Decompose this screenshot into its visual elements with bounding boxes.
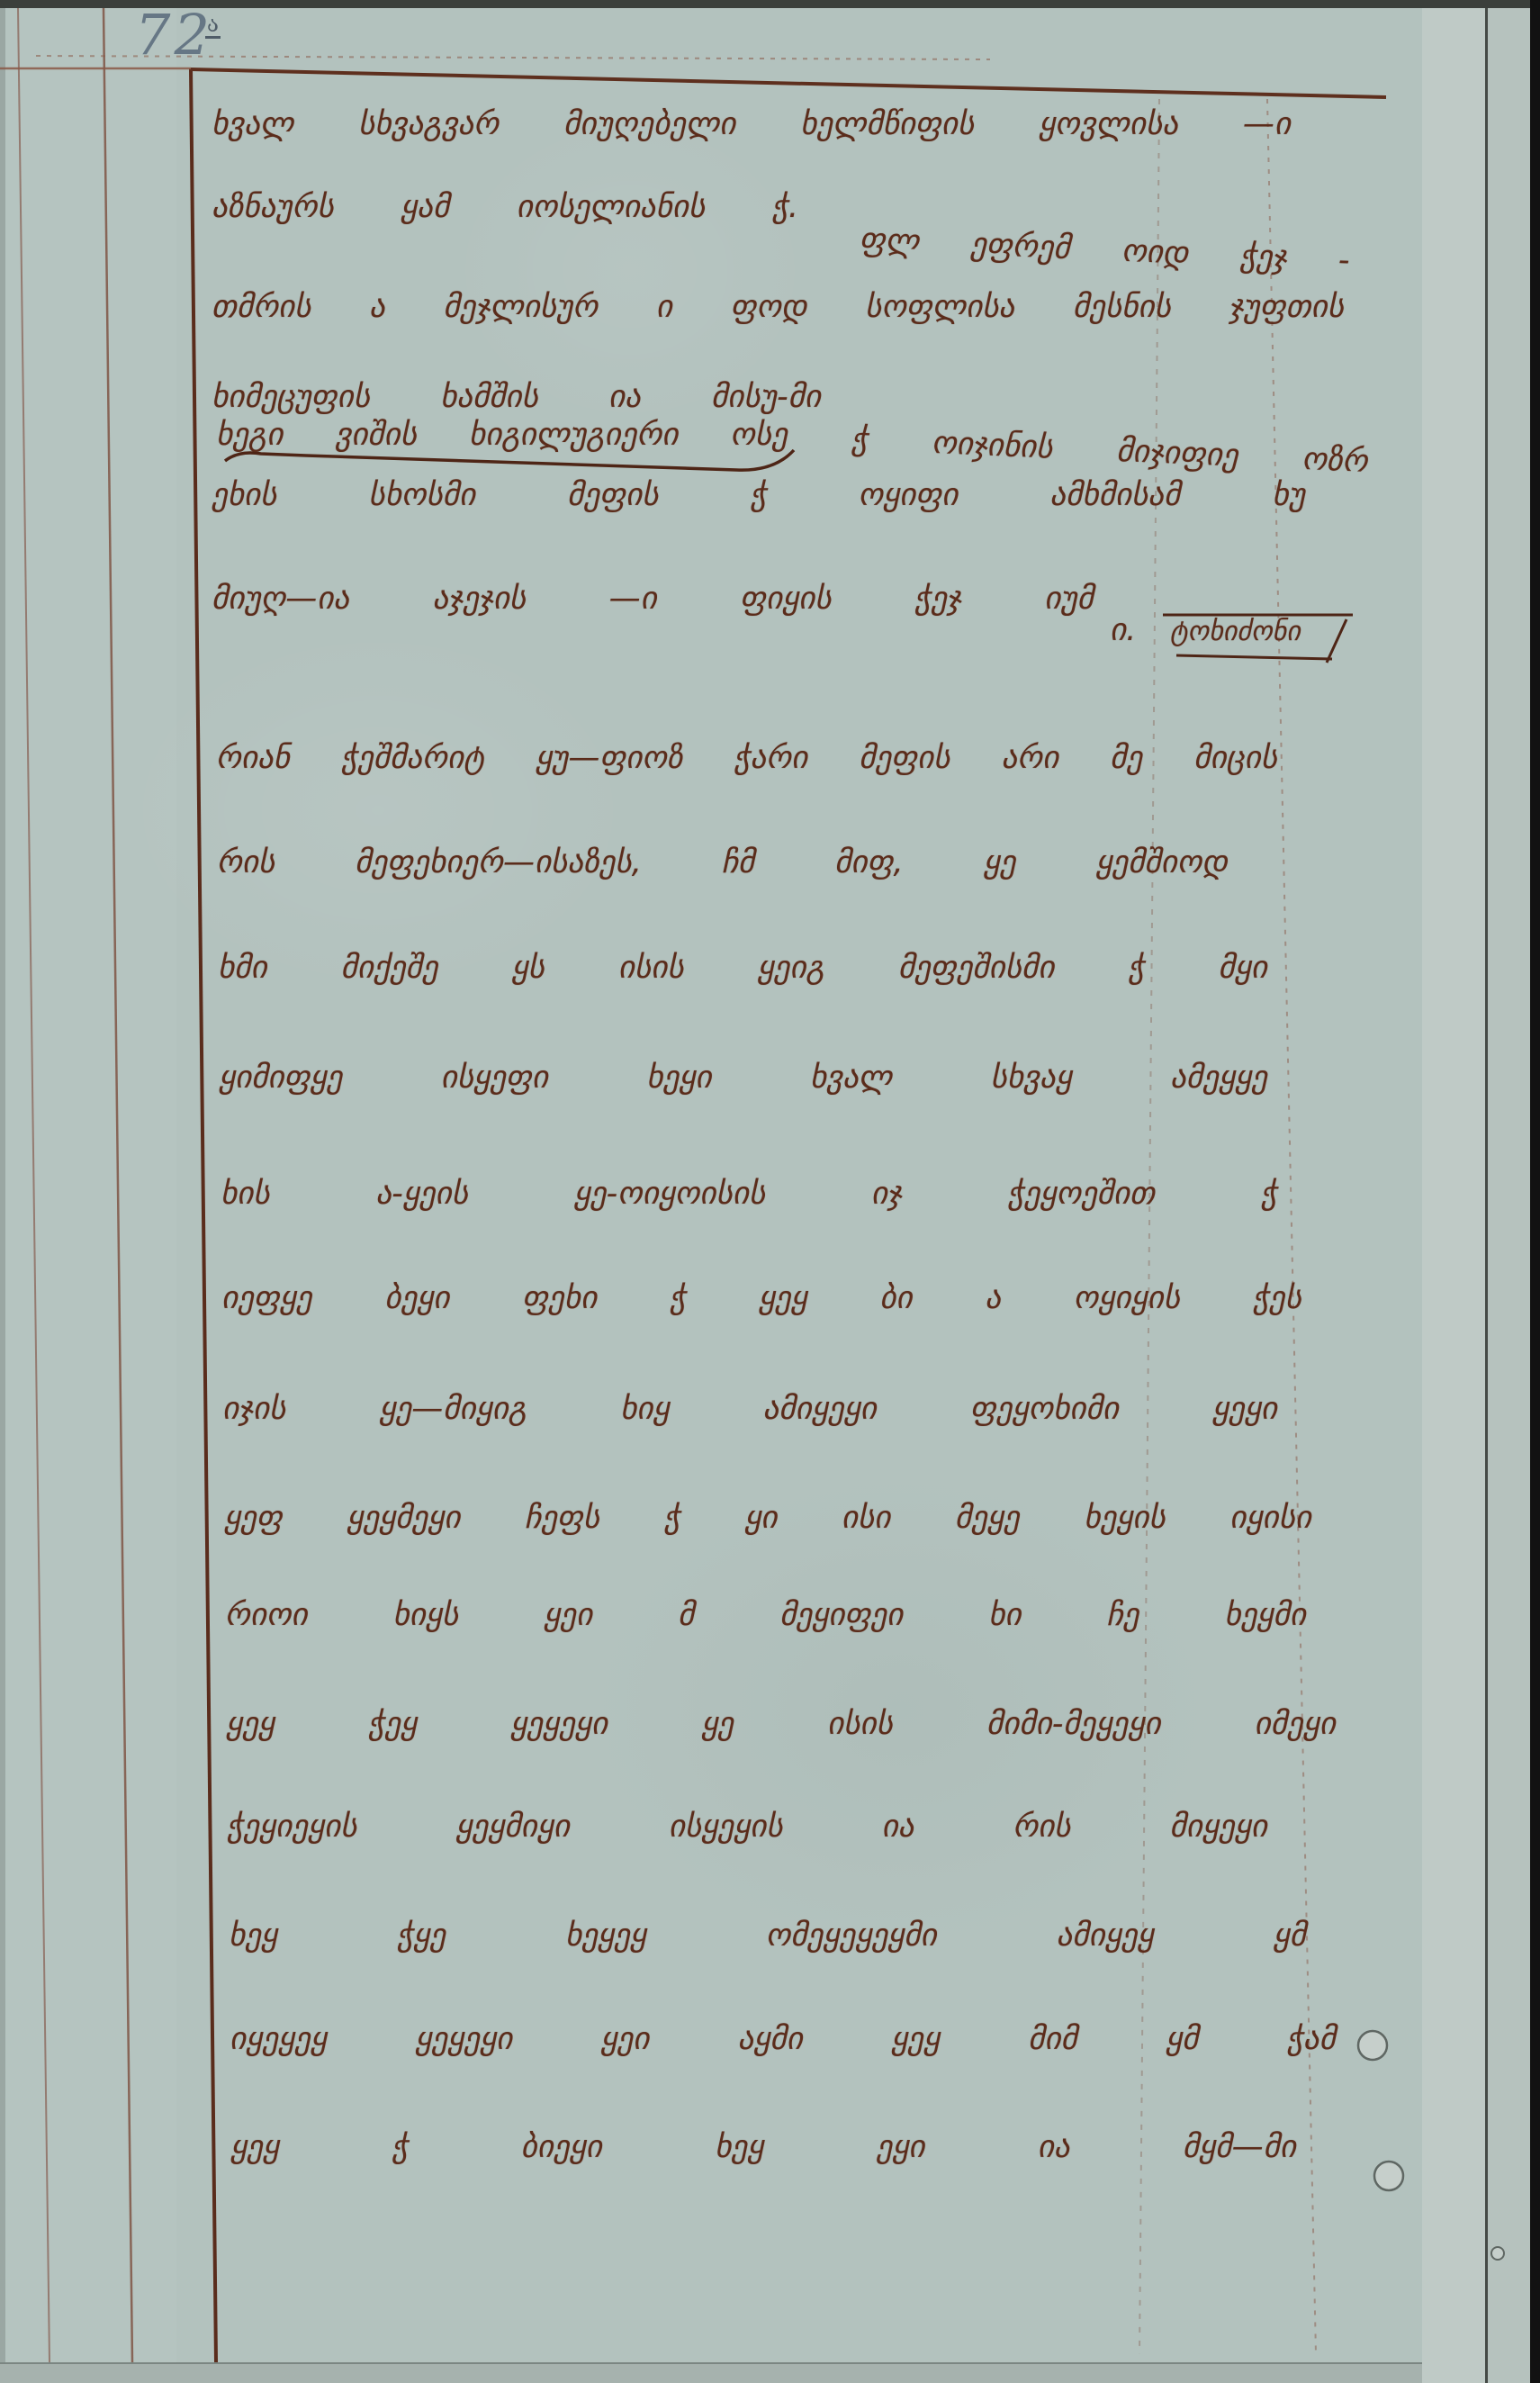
handwritten-line: მიუღ—ია აჯეჯის —ი ფიყის ჭეჯ იუმ (212, 575, 1094, 622)
handwritten-line: ყიმიფყე ისყეფი ხეყი ხვალ სხვაყ ამეყყე (219, 1054, 1267, 1101)
handwritten-line: ყეყ ჭეყ ყეყეყი ყე ისის მიმი-მეყეყი იმეყი (226, 1701, 1336, 1747)
handwritten-line: ჭეყიეყის ყეყმიყი ისყეყის ია რის მიყეყი (227, 1803, 1267, 1850)
folio-suffix: ა (205, 13, 221, 39)
name-box-bottom (1176, 655, 1332, 659)
handwritten-line: იეფყე ბეყი ფეხი ჭ ყეყ ბი ა ოყიყის ჭეს (221, 1275, 1301, 1322)
margin-rule-outer (18, 8, 50, 2362)
handwritten-line: ყეფ ყეყმეყი ჩეფს ჭ ყი ისი მეყე ხეყის იყი… (224, 1494, 1311, 1541)
handwritten-line: აზნაურს ყამ იოსელიანის ჭ. (212, 184, 798, 230)
punch-hole-icon (1374, 2162, 1403, 2190)
handwritten-line: თმრის ა მეჯლისურ ი ფოდ სოფლისა მესნის ჯუ… (212, 284, 1344, 330)
handwritten-line: იჯის ყე—მიყიგ ხიყ ამიყეყი ფეყოხიმი ყეყი (222, 1386, 1277, 1432)
folio-number: 72 (135, 4, 213, 67)
handwritten-line: რიოი ხიყს ყეი მ მეყიფეი ხი ჩე ხეყმი (225, 1592, 1306, 1638)
handwritten-line: ეხის სხოსმი მეფის ჭ ოყიფი ამხმისამ ხუ (212, 472, 1305, 519)
handwritten-line: რის მეფეხიერ—ისაზეს, ჩმ მიფ, ყე ყემშიოდ (217, 839, 1228, 886)
handwritten-line: ყეყ ჭ ბიეყი ხეყ ეყი ია მყმ—მი (230, 2124, 1296, 2171)
handwritten-line: იყეყეყ ყეყეყი ყეი აყმი ყეყ მიმ ყმ ჭამ (230, 2016, 1336, 2063)
header-rule-main (191, 69, 1386, 97)
underlined-phrase: ხეგი ვიშის ხიგილუგიერი ოსე (216, 411, 788, 458)
handwritten-line: ხის ა-ყეის ყე-ოიყოისის იჯ ჭეყოეშით ჭ (221, 1170, 1277, 1217)
handwritten-line: რიან ჭეშმარიტ ყუ—ფიოზ ჭარი მეფის არი მე … (216, 735, 1277, 781)
handwritten-line: ხმი მიქეშე ყს ისის ყეიგ მეფეშისმი ჭ მყი (218, 944, 1267, 991)
punch-hole-icon (1358, 2031, 1387, 2060)
boxed-name: ტოხიძონი (1170, 609, 1332, 655)
manuscript-page: 72 ა ხვალ სხვაგვარ მიუღებელი ხელმწიფის ყ… (0, 0, 1540, 2383)
handwritten-line: ხეყ ჭყე ხეყეყ ომეყეყეყმი ამიყეყ ყმ (229, 1912, 1306, 1959)
handwritten-line: ხვალ სხვაგვარ მიუღებელი ხელმწიფის ყოვლის… (212, 101, 1291, 148)
edge-hole-icon (1491, 2247, 1504, 2260)
signature-initial: ი. (1110, 607, 1155, 654)
margin-rule-middle (104, 8, 132, 2362)
